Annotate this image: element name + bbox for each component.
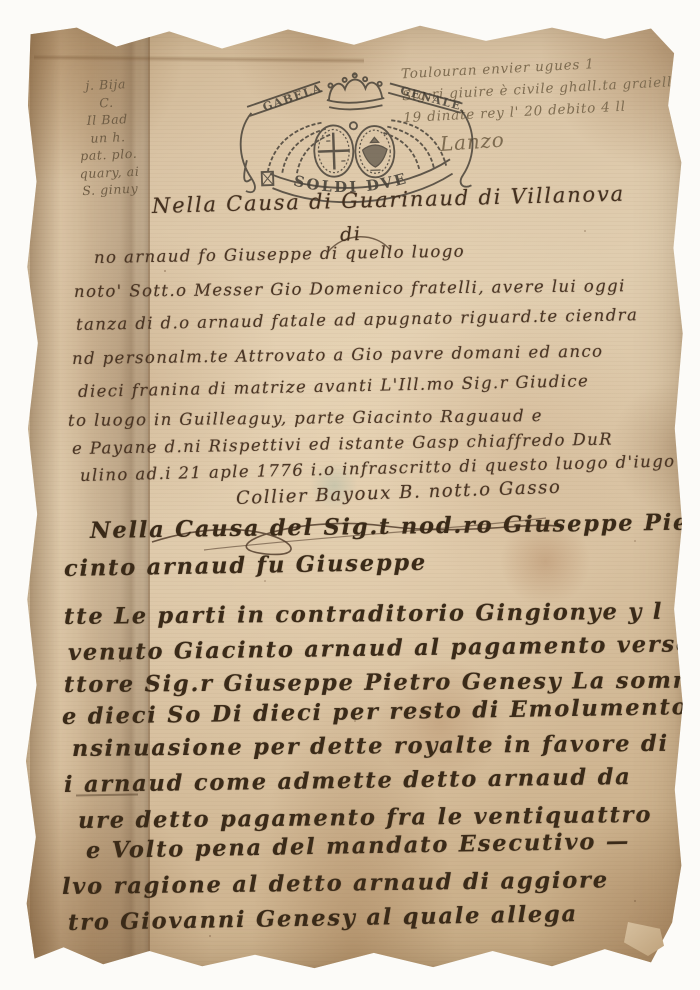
body-line: i arnaud come admette detto arnaud da	[64, 764, 632, 798]
body-line: nd personalm.te Attrovato a Gio pavre do…	[72, 342, 604, 368]
stamp-ribbon-left-text: GABELA	[261, 80, 325, 114]
case-heading-2: Nella Causa del Sig.t nod.ro Giuseppe Pi…	[90, 507, 700, 544]
body-line: ttore Sig.r Giuseppe Pietro Genesy La so…	[64, 667, 700, 698]
body-line: lvo ragione al detto arnaud di aggiore	[62, 867, 609, 900]
body-line: no arnaud fo Giuseppe di quello luogo	[94, 242, 465, 267]
body-line: e Volto pena del mandato Esecutivo —	[86, 829, 631, 864]
case-heading-1: Nella Causa di Guarinaud di Villanova	[152, 182, 626, 218]
notary-signature: Collier Bayoux B. nott.o Gasso	[236, 477, 562, 509]
cross-shield-icon	[313, 125, 354, 178]
body-line: dieci franina di matrize avanti L'Ill.mo…	[78, 371, 590, 401]
body-line: tro Giovanni Genesy al quale allega	[68, 901, 578, 936]
manuscript-paper: j. Bija C. Il Bad un h. pat. plo. quary,…	[24, 20, 684, 970]
body-line: e dieci So Di dieci per resto di Emolume…	[62, 694, 689, 730]
eagle-shield-icon	[354, 125, 395, 178]
margin-note-line: S. ginuy	[64, 179, 157, 200]
foxing-speckles	[24, 20, 26, 22]
scroll-frame-left	[240, 113, 256, 193]
body-line: e Payane d.ni Rispettivi ed istante Gasp…	[72, 430, 613, 458]
body-line: venuto Giacinto arnaud al pagamento vers…	[68, 631, 693, 666]
body-line: tte Le parti in contraditorio Gingionye …	[64, 599, 663, 630]
margin-note: j. Bija C. Il Bad un h. pat. plo. quary,…	[59, 74, 156, 200]
top-crease	[34, 54, 364, 63]
body-line: noto' Sott.o Messer Gio Domenico fratell…	[74, 276, 626, 301]
scanned-manuscript: j. Bija C. Il Bad un h. pat. plo. quary,…	[0, 0, 700, 990]
body-line: cinto arnaud fu Giuseppe	[64, 550, 427, 582]
scroll-frame-right	[458, 109, 474, 187]
body-line: tanza di d.o arnaud fatale ad apugnato r…	[76, 305, 639, 334]
stamp-ribbon-right-text: GENALE	[399, 83, 463, 113]
body-line: nsinuasione per dette royalte in favore …	[72, 731, 669, 762]
body-line: to luogo in Guilleaguy, parte Giacinto R…	[68, 406, 543, 430]
frame-ornament	[350, 122, 357, 129]
crown-icon	[326, 71, 385, 110]
body-line: ulino ad.i 21 aple 1776 i.o infrascritto…	[80, 451, 676, 485]
